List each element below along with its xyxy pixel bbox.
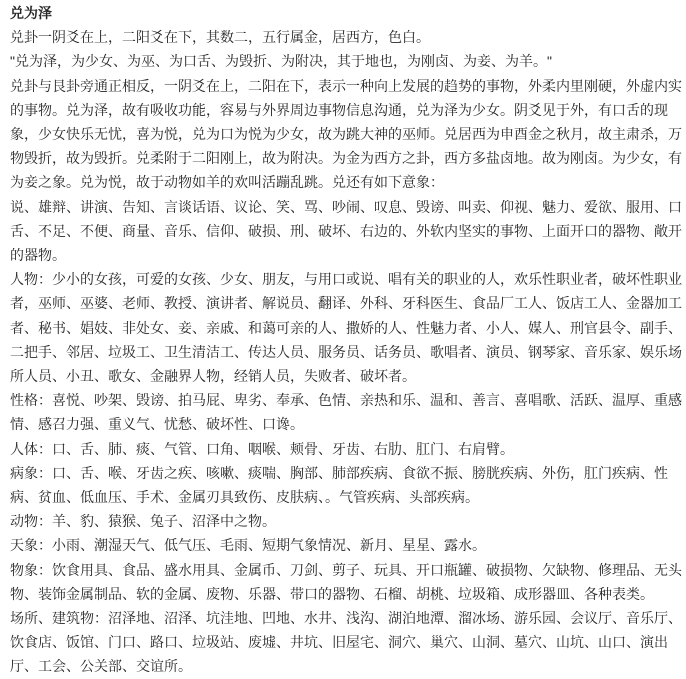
paragraph-places-buildings: 场所、建筑物：沼泽地、沼泽、坑洼地、凹地、水井、浅沟、湖泊地潭、溜冰场、游乐园、…	[10, 606, 682, 679]
paragraph-personality: 性格：喜悦、吵架、毁谤、拍马屁、卑劣、奉承、色情、亲热和乐、温和、善言、喜唱歌、…	[10, 388, 682, 436]
paragraph-intro: 兑卦一阴爻在上，二阳爻在下，其数二，五行属金，居西方，色白。	[10, 25, 682, 49]
page-title: 兑为泽	[10, 1, 682, 25]
paragraph-quote: "兑为泽，为少女、为巫、为口舌、为毁折、为附决，其于地也，为刚卤、为妾、为羊。"	[10, 49, 682, 73]
paragraph-objects: 物象：饮食用具、食品、盛水用具、金属币、刀剑、剪子、玩具、开口瓶罐、破损物、欠缺…	[10, 558, 682, 606]
paragraph-people: 人物：少小的女孩，可爱的女孩、少女、朋友，与用口或说、唱有关的职业的人，欢乐性职…	[10, 267, 682, 388]
paragraph-weather: 天象：小雨、潮湿天气、低气压、毛雨、短期气象情况、新月、星星、露水。	[10, 533, 682, 557]
paragraph-imagery-list: 说、雄辩、讲演、告知、言谈话语、议论、笑、骂、吵闹、叹息、毁谤、叫卖、仰视、魅力…	[10, 195, 682, 268]
document-body: 兑为泽 兑卦一阴爻在上，二阳爻在下，其数二，五行属金，居西方，色白。 "兑为泽，…	[0, 0, 686, 679]
paragraph-human-body: 人体：口、舌、肺、痰、气管、口角、咽喉、颊骨、牙齿、右肋、肛门、右肩臂。	[10, 437, 682, 461]
paragraph-animals: 动物：羊、豹、猿猴、兔子、沼泽中之物。	[10, 509, 682, 533]
paragraph-illness: 病象：口、舌、喉、牙齿之疾、咳嗽、痰喘、胸部、肺部疾病、食欲不振、膀胱疾病、外伤…	[10, 461, 682, 509]
paragraph-explanation: 兑卦与艮卦旁通正相反，一阴爻在上，二阳在下，表示一种向上发展的趋势的事物，外柔内…	[10, 74, 682, 195]
